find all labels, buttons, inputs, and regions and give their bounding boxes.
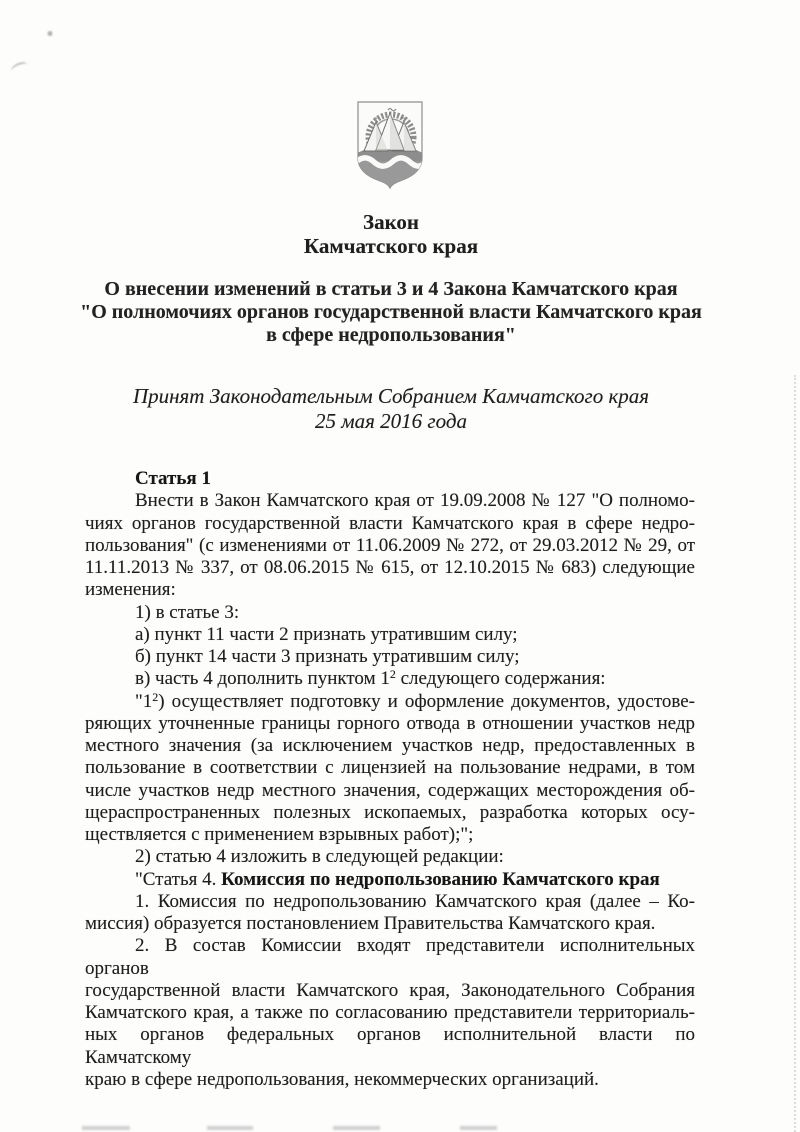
body-run-normal: Внести в Закон Камчатского края от 19.09… bbox=[135, 490, 695, 511]
body-line: числе участков недр местного значения, с… bbox=[85, 780, 695, 802]
body-line: Камчатского края, а также по согласовани… bbox=[85, 1002, 695, 1024]
body-line: чиях органов государственной власти Камч… bbox=[85, 513, 695, 535]
scan-page-edge-line bbox=[794, 375, 796, 1132]
body-run-normal: пользование в соответствии с лицензией н… bbox=[85, 757, 695, 778]
body-run-normal: б) пункт 14 части 3 признать утратившим … bbox=[135, 646, 520, 667]
scanned-document-page: Закон Камчатского края О внесении измене… bbox=[0, 0, 800, 1132]
body-line: б) пункт 14 части 3 признать утратившим … bbox=[85, 646, 695, 668]
body-line: пользование в соответствии с лицензией н… bbox=[85, 757, 695, 779]
body-line: а) пункт 11 части 2 признать утратившим … bbox=[85, 624, 695, 646]
body-line: 2. В состав Комиссии входят представител… bbox=[85, 935, 695, 980]
body-run-normal: а) пункт 11 части 2 признать утратившим … bbox=[135, 624, 518, 645]
body-run-bold: Статья 1 bbox=[135, 468, 211, 489]
body-run-normal: "Статья 4. bbox=[135, 869, 221, 890]
body-run-normal: чиях органов государственной власти Камч… bbox=[85, 513, 695, 534]
subject-line: в сфере недропользования" bbox=[0, 324, 782, 347]
body-line: в) часть 4 дополнить пунктом 12 следующе… bbox=[85, 668, 695, 690]
adoption-note: Принят Законодательным Собранием Камчатс… bbox=[0, 384, 782, 433]
body-line: "Статья 4. Комиссия по недропользованию … bbox=[85, 869, 695, 891]
adoption-line-2: 25 мая 2016 года bbox=[0, 409, 782, 434]
subject-line: О внесении изменений в статьи 3 и 4 Зако… bbox=[0, 278, 782, 301]
body-run-normal: государственной власти Камчатского края,… bbox=[85, 980, 695, 1001]
body-line: Внести в Закон Камчатского края от 19.09… bbox=[85, 490, 695, 512]
kamchatka-coat-of-arms-icon bbox=[355, 101, 425, 189]
body-run-normal: 2) статью 4 изложить в следующей редакци… bbox=[135, 846, 504, 867]
body-line: миссия) образуется постановлением Правит… bbox=[85, 913, 695, 935]
body-run-normal: 11.11.2013 № 337, от 08.06.2015 № 615, о… bbox=[85, 557, 695, 578]
document-type-title: Закон Камчатского края bbox=[0, 210, 782, 258]
body-line: Статья 1 bbox=[85, 468, 695, 490]
body-run-normal: Камчатского края, а также по согласовани… bbox=[85, 1002, 695, 1023]
title-line-1: Закон bbox=[0, 210, 782, 234]
body-run-normal: ряющих уточненные границы горного отвода… bbox=[85, 713, 695, 734]
body-line: 1) в статье 3: bbox=[85, 602, 695, 624]
body-run-normal: местного значения (за исключением участк… bbox=[85, 735, 695, 756]
body-run-normal: 1. Комиссия по недропользованию Камчатск… bbox=[135, 891, 695, 912]
body-run-normal: "1 bbox=[135, 691, 152, 712]
bleed-through-mark bbox=[82, 1126, 130, 1130]
body-line: ществляется с применением взрывных работ… bbox=[85, 824, 695, 846]
bleed-through-mark bbox=[207, 1126, 253, 1130]
body-line: 1. Комиссия по недропользованию Камчатск… bbox=[85, 891, 695, 913]
adoption-line-1: Принят Законодательным Собранием Камчатс… bbox=[0, 384, 782, 409]
body-run-normal: следующего содержания: bbox=[396, 668, 606, 689]
body-line: пользования" (с изменениями от 11.06.200… bbox=[85, 535, 695, 557]
body-run-normal: краю в сфере недропользования, некоммерч… bbox=[85, 1069, 599, 1090]
body-run-normal: 1) в статье 3: bbox=[135, 602, 239, 623]
body-run-normal: 2. В состав Комиссии входят представител… bbox=[85, 935, 695, 978]
scan-scribble-mark bbox=[10, 61, 30, 77]
body-line: "12) осуществляет подготовку и оформлени… bbox=[85, 691, 695, 713]
body-line: изменения: bbox=[85, 579, 695, 601]
subject-line: "О полномочиях органов государственной в… bbox=[0, 301, 782, 324]
body-run-normal: числе участков недр местного значения, с… bbox=[85, 780, 695, 801]
bleed-through-mark bbox=[333, 1126, 380, 1130]
body-line: местного значения (за исключением участк… bbox=[85, 735, 695, 757]
body-run-normal: изменения: bbox=[85, 579, 176, 600]
body-run-normal: ществляется с применением взрывных работ… bbox=[85, 824, 473, 845]
body-line: 11.11.2013 № 337, от 08.06.2015 № 615, о… bbox=[85, 557, 695, 579]
body-run-normal: ных органов федеральных органов исполнит… bbox=[85, 1024, 695, 1067]
bleed-through-mark bbox=[460, 1126, 497, 1130]
title-line-2: Камчатского края bbox=[0, 234, 782, 258]
body-run-normal: щераспространенных полезных ископаемых, … bbox=[85, 802, 695, 823]
body-line: ных органов федеральных органов исполнит… bbox=[85, 1024, 695, 1069]
document-subject-heading: О внесении изменений в статьи 3 и 4 Зако… bbox=[0, 278, 782, 347]
body-line: 2) статью 4 изложить в следующей редакци… bbox=[85, 846, 695, 868]
body-run-normal: в) часть 4 дополнить пунктом 1 bbox=[135, 668, 390, 689]
body-run-bold: Комиссия по недропользованию Камчатского… bbox=[221, 869, 660, 890]
body-line: государственной власти Камчатского края,… bbox=[85, 980, 695, 1002]
scan-speck bbox=[47, 30, 53, 37]
body-run-normal: пользования" (с изменениями от 11.06.200… bbox=[85, 535, 695, 556]
article-body: Статья 1Внести в Закон Камчатского края … bbox=[85, 468, 695, 1091]
body-line: краю в сфере недропользования, некоммерч… bbox=[85, 1069, 695, 1091]
body-line: щераспространенных полезных ископаемых, … bbox=[85, 802, 695, 824]
body-line: ряющих уточненные границы горного отвода… bbox=[85, 713, 695, 735]
body-run-normal: ) осуществляет подготовку и оформление д… bbox=[158, 691, 695, 712]
body-run-normal: миссия) образуется постановлением Правит… bbox=[85, 913, 655, 934]
